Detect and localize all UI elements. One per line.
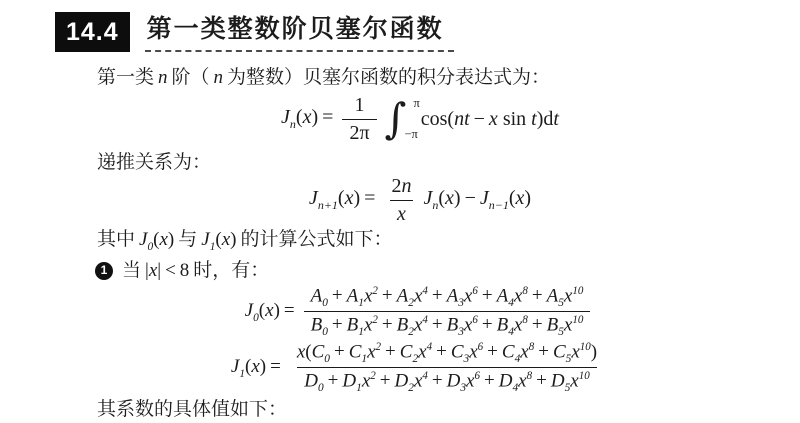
where-text-pre: 其中 bbox=[97, 229, 135, 250]
recurrence-rhs: Jn(x)−Jn−1(x) bbox=[423, 187, 531, 213]
recurrence-formula: Jn+1(x)= 2n x Jn(x)−Jn−1(x) bbox=[60, 176, 780, 224]
fraction-numerator: 2n bbox=[384, 175, 418, 200]
document-page: 14.4 第一类整数阶贝塞尔函数 第一类n阶（n为整数）贝塞尔函数的积分表达式为… bbox=[0, 0, 800, 423]
integrand: cos(nt−x sin t)dt bbox=[421, 108, 559, 131]
circled-one-bullet: 1 bbox=[95, 262, 113, 280]
j0-formula: J0(x)= A0+A1x2+A2x4+A3x6+A4x8+A5x10 B0+B… bbox=[60, 284, 780, 339]
fraction-denominator: x bbox=[390, 200, 413, 226]
fraction-2n-over-x: 2n x bbox=[384, 175, 418, 226]
j1-lhs: J1(x)= bbox=[231, 356, 285, 380]
intro-text-mid: 阶（ bbox=[172, 67, 210, 88]
j0-numerator: A0+A1x2+A2x4+A3x6+A4x8+A5x10 bbox=[304, 285, 591, 311]
section-header: 14.4 第一类整数阶贝塞尔函数 bbox=[55, 9, 800, 52]
case1-text-post: 时，有： bbox=[193, 258, 269, 283]
j0-inline: J0(x) bbox=[139, 229, 174, 250]
case1-text-pre: 当 bbox=[122, 258, 141, 283]
integral-formula: Jn(x)= 1 2π ∫ π −π cos(nt−x sin t)dt bbox=[60, 93, 780, 145]
where-text-post: 的计算公式如下： bbox=[241, 229, 393, 250]
fraction-denominator: 2π bbox=[342, 119, 376, 145]
section-number-badge: 14.4 bbox=[55, 12, 130, 52]
integral-limits: π −π bbox=[407, 96, 419, 142]
intro-paragraph: 第一类n阶（n为整数）贝塞尔函数的积分表达式为： bbox=[97, 65, 800, 90]
integral-lower-limit: −π bbox=[404, 127, 419, 142]
j1-numerator: x(C0+C1x2+C2x4+C3x6+C4x8+C5x10) bbox=[290, 341, 604, 367]
where-text-mid: 与 bbox=[178, 229, 197, 250]
var-n: n bbox=[158, 67, 168, 88]
fraction-1-over-2pi: 1 2π bbox=[342, 94, 376, 145]
j1-formula: J1(x)= x(C0+C1x2+C2x4+C3x6+C4x8+C5x10) D… bbox=[60, 340, 780, 395]
recurrence-label: 递推关系为： bbox=[97, 150, 800, 175]
recurrence-lhs: Jn+1(x)= bbox=[309, 187, 380, 213]
j0-denominator: B0+B1x2+B2x4+B3x6+B4x8+B5x10 bbox=[304, 311, 591, 338]
var-n: n bbox=[214, 67, 224, 88]
integral-sign-group: ∫ π −π bbox=[385, 96, 420, 142]
j1-denominator: D0+D1x2+D2x4+D3x6+D4x8+D5x10 bbox=[297, 367, 596, 394]
integral-icon: ∫ bbox=[385, 101, 407, 137]
j1-inline: J1(x) bbox=[201, 229, 236, 250]
integral-upper-limit: π bbox=[413, 96, 419, 111]
case1-line: 1 当 |x|<8 时，有： bbox=[95, 258, 800, 283]
integral-formula-lhs: Jn(x)= bbox=[281, 106, 337, 132]
j1-fraction: x(C0+C1x2+C2x4+C3x6+C4x8+C5x10) D0+D1x2+… bbox=[290, 341, 604, 394]
fraction-numerator: 1 bbox=[347, 94, 371, 119]
j0-fraction: A0+A1x2+A2x4+A3x6+A4x8+A5x10 B0+B1x2+B2x… bbox=[304, 285, 591, 338]
section-title: 第一类整数阶贝塞尔函数 bbox=[145, 9, 454, 52]
coefficients-label: 其系数的具体值如下： bbox=[97, 397, 800, 422]
where-line: 其中J0(x)与J1(x)的计算公式如下： bbox=[97, 227, 800, 255]
case1-condition: |x|<8 bbox=[145, 258, 189, 283]
intro-text-post: 为整数）贝塞尔函数的积分表达式为： bbox=[227, 67, 550, 88]
j0-lhs: J0(x)= bbox=[245, 300, 299, 324]
intro-text-pre: 第一类 bbox=[97, 67, 154, 88]
